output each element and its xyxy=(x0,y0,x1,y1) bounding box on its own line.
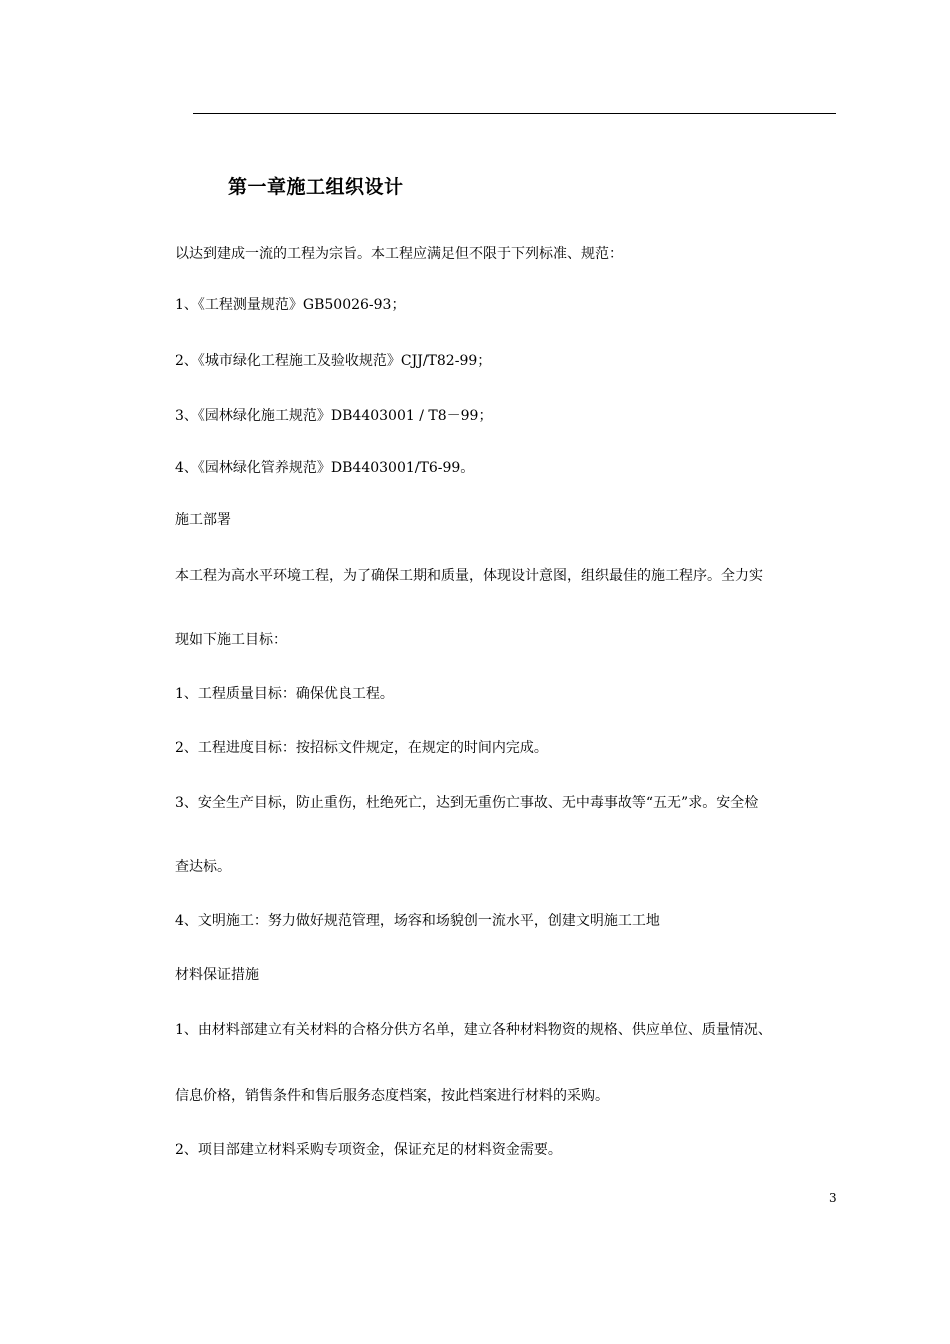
section-heading-deployment: 施工部署 xyxy=(175,511,231,529)
goal-item-3-line1: 3、安全生产目标，防止重伤，杜绝死亡，达到无重伤亡事故、无中毒事故等“五无”求。… xyxy=(175,794,758,812)
materials-item-1-line2: 信息价格，销售条件和售后服务态度档案，按此档案进行材料的采购。 xyxy=(175,1087,609,1105)
standard-item-4: 4、《园林绿化管养规范》DB4403001/T6-99。 xyxy=(175,459,474,477)
goal-item-3-line2: 查达标。 xyxy=(175,858,231,876)
standard-item-3: 3、《园林绿化施工规范》DB4403001 / T8－99； xyxy=(175,407,492,425)
intro-text: 以达到建成一流的工程为宗旨。本工程应满足但不限于下列标准、规范： xyxy=(175,245,623,263)
deployment-paragraph-line1: 本工程为高水平环境工程，为了确保工期和质量，体现设计意图，组织最佳的施工程序。全… xyxy=(175,567,763,585)
section-heading-materials: 材料保证措施 xyxy=(175,966,259,984)
materials-item-1-line1: 1、由材料部建立有关材料的合格分供方名单，建立各种材料物资的规格、供应单位、质量… xyxy=(175,1021,772,1039)
header-rule xyxy=(193,113,836,114)
goal-item-2: 2、工程进度目标：按招标文件规定，在规定的时间内完成。 xyxy=(175,739,548,757)
deployment-paragraph-line2: 现如下施工目标： xyxy=(175,631,287,649)
page-number: 3 xyxy=(829,1191,837,1205)
goal-item-4: 4、文明施工：努力做好规范管理，场容和场貌创一流水平，创建文明施工工地 xyxy=(175,912,660,930)
chapter-title: 第一章施工组织设计 xyxy=(228,172,404,199)
goal-item-1: 1、工程质量目标：确保优良工程。 xyxy=(175,685,394,703)
standard-item-2: 2、《城市绿化工程施工及验收规范》CJJ/T82-99； xyxy=(175,352,491,370)
materials-item-2: 2、项目部建立材料采购专项资金，保证充足的材料资金需要。 xyxy=(175,1141,562,1159)
standard-item-1: 1、《工程测量规范》GB50026-93； xyxy=(175,296,405,314)
